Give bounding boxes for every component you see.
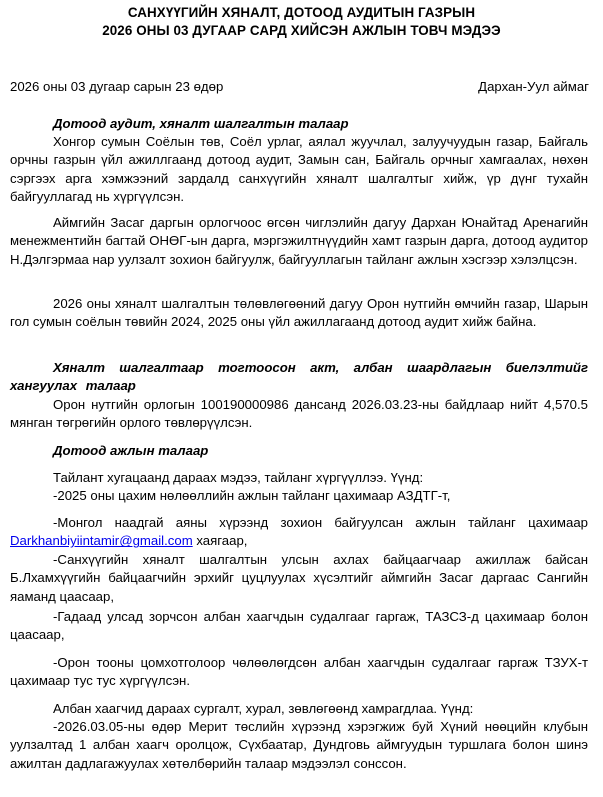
section-heading-internal-audit: Дотоод аудит, хяналт шалгалтын талаар	[10, 115, 588, 133]
list-item-digital-report: -2025 оны цахим нөлөөллийн ажлын тайланг…	[10, 487, 588, 505]
list-item-mongol-naadgai-text: -Монгол наадгай аяны хүрээнд зохион байг…	[53, 515, 588, 530]
list-item-merit-training: -2026.03.05-ны өдөр Мерит төслийн хүрээн…	[10, 718, 588, 773]
list-item-staff-reduction: -Орон тооны цомхотголоор чөлөөлөгдсөн ал…	[10, 654, 588, 691]
document-page: САНХҮҮГИЙН ХЯНАЛТ, ДОТООД АУДИТЫН ГАЗРЫН…	[0, 0, 603, 797]
list-item-inspector-rights: -Санхүүгийн хяналт шалгалтын улсын ахлах…	[10, 551, 588, 606]
list-item-mongol-naadgai: -Монгол наадгай аяны хүрээнд зохион байг…	[10, 514, 588, 551]
email-suffix: хаягаар,	[193, 533, 248, 548]
section-heading-internal-work: Дотоод ажлын талаар	[10, 442, 588, 460]
email-link[interactable]: Darkhanbiyiintamir@gmail.com	[10, 533, 193, 548]
paragraph-darkhan-united-meeting: Аймгийн Засаг даргын орлогчоос өгсөн чиг…	[10, 214, 588, 269]
paragraph-2026-plan: 2026 оны хяналт шалгалтын төлөвлөгөөний …	[10, 295, 588, 332]
section-heading-act-enforcement: Хяналт шалгалтаар тогтоосон акт, албан ш…	[10, 359, 588, 396]
paragraph-revenue: Орон нутгийн орлогын 100190000986 дансан…	[10, 396, 588, 433]
document-title-line-2: 2026 ОНЫ 03 ДУГААР САРД ХИЙСЭН АЖЛЫН ТОВ…	[0, 22, 603, 40]
report-location: Дархан-Уул аймаг	[478, 78, 589, 96]
paragraph-audit-khongor: Хонгор сумын Соёлын төв, Соёл урлаг, аял…	[10, 133, 588, 207]
paragraph-training-intro: Албан хаагчид дараах сургалт, хурал, зөв…	[10, 700, 588, 718]
report-date: 2026 оны 03 дугаар сарын 23 өдөр	[10, 78, 223, 96]
paragraph-reports-intro: Тайлант хугацаанд дараах мэдээ, тайланг …	[10, 469, 588, 487]
list-item-foreign-travel: -Гадаад улсад зорчсон албан хаагчдын суд…	[10, 608, 588, 645]
document-title-line-1: САНХҮҮГИЙН ХЯНАЛТ, ДОТООД АУДИТЫН ГАЗРЫН	[0, 4, 603, 22]
